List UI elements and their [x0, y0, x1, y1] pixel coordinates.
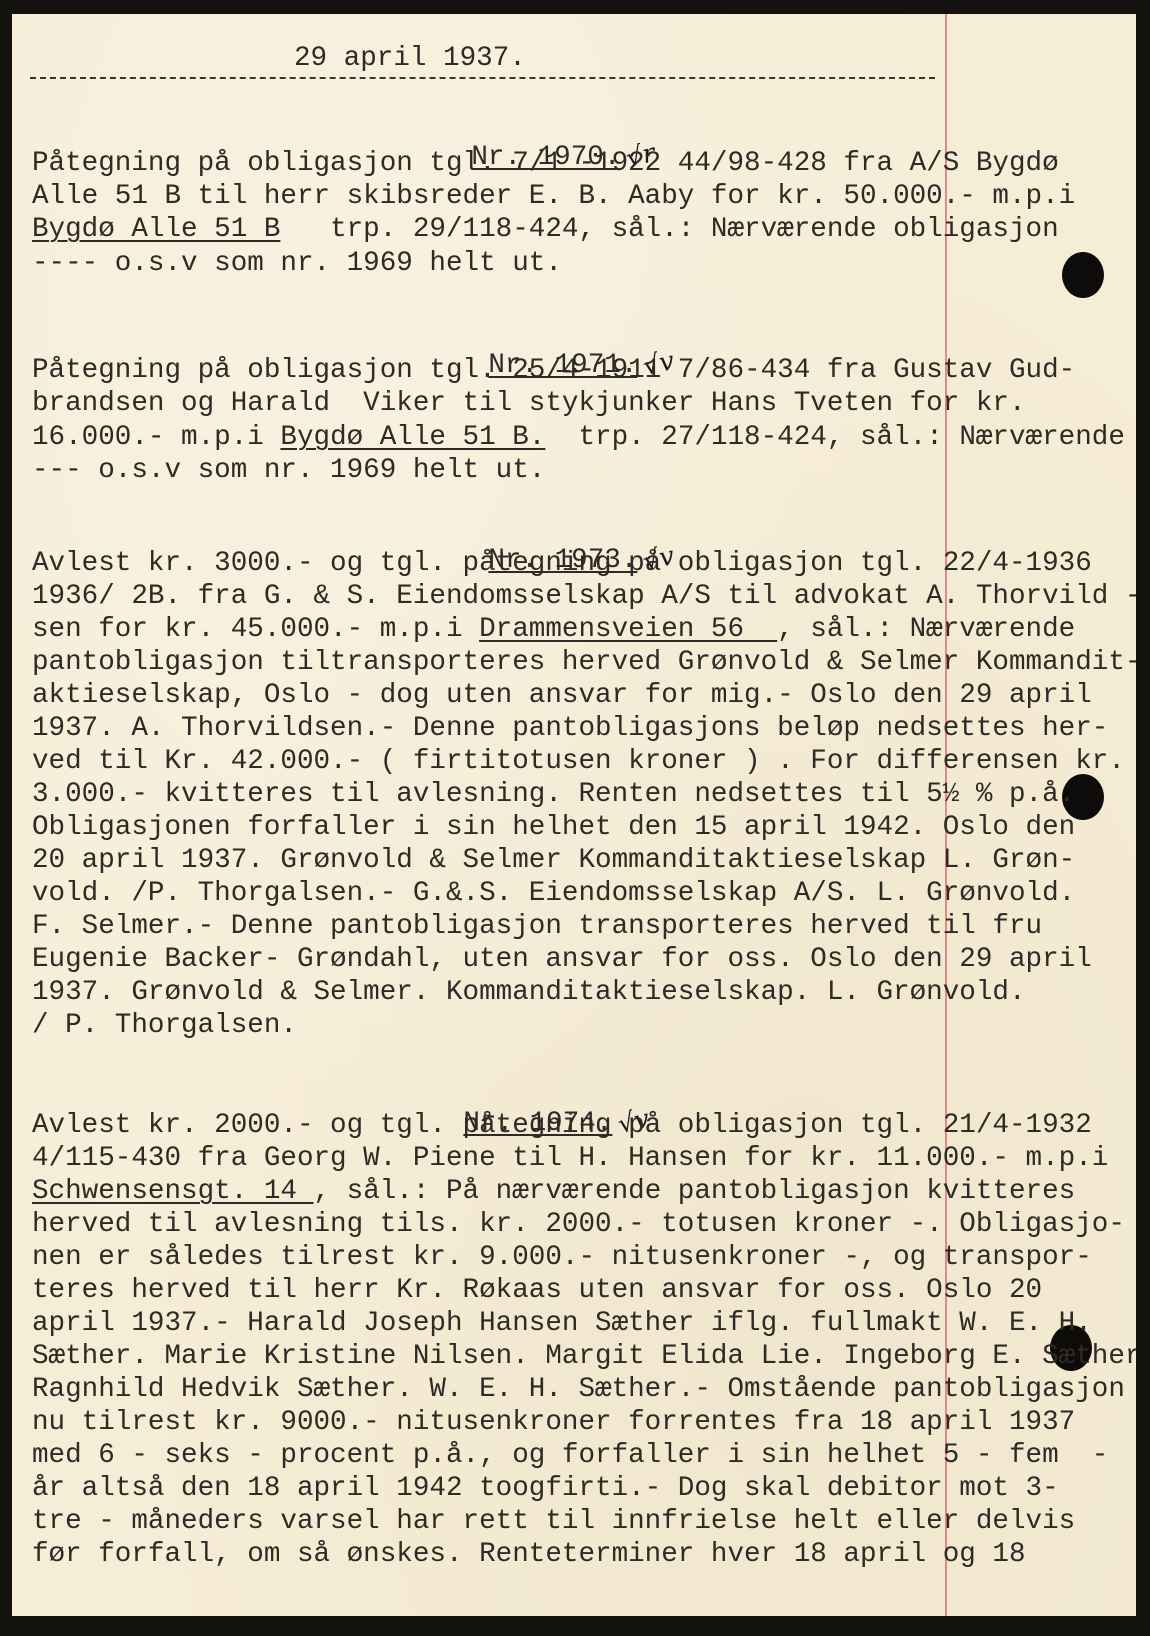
entry-1970-line: Alle 51 B til herr skibsreder E. B. Aaby…	[32, 182, 1075, 212]
entry-1973-line: aktieselskap, Oslo - dog uten ansvar for…	[32, 681, 1092, 711]
entry-1971-line: brandsen og Harald Viker til stykjunker …	[32, 389, 1026, 419]
entry-1974-line: med 6 - seks - procent p.å., og forfalle…	[32, 1441, 1108, 1471]
entry-1973-line: Obligasjonen forfaller i sin helhet den …	[32, 813, 1075, 843]
entry-1974-line: nen er således tilrest kr. 9.000.- nitus…	[32, 1243, 1092, 1273]
date-header: 29 april 1937.	[294, 44, 526, 74]
entry-1974-line: år altså den 18 april 1942 toogfirti.- D…	[32, 1474, 1059, 1504]
entry-1973-line: 3.000.- kvitteres til avlesning. Renten …	[32, 780, 1075, 810]
entry-1974-line: herved til avlesning tils. kr. 2000.- to…	[32, 1210, 1125, 1240]
typed-text: 29 april 1937. Nr. 1970.√r Påtegning på …	[12, 14, 1136, 1616]
document-page: 29 april 1937. Nr. 1970.√r Påtegning på …	[12, 14, 1136, 1616]
entry-1974-line: tre - måneders varsel har rett til innfr…	[32, 1507, 1075, 1537]
entry-1973-line: 1937. A. Thorvildsen.- Denne pantobligas…	[32, 714, 1108, 744]
entry-1974-line: Avlest kr. 2000.- og tgl. påtegning på o…	[32, 1111, 1092, 1141]
entry-1973-line: F. Selmer.- Denne pantobligasjon transpo…	[32, 912, 1042, 942]
entry-1973-line: Eugenie Backer- Grøndahl, uten ansvar fo…	[32, 945, 1092, 975]
entry-1974-line: 4/115-430 fra Georg W. Piene til H. Hans…	[32, 1144, 1108, 1174]
entry-1971-line: Påtegning på obligasjon tgl. 25/4-1911 7…	[32, 356, 1075, 386]
entry-1973-line: 1936/ 2B. fra G. & S. Eiendomsselskap A/…	[32, 582, 1136, 612]
entry-1974-line: Sæther. Marie Kristine Nilsen. Margit El…	[32, 1342, 1136, 1372]
entry-1971-line: 16.000.- m.p.i Bygdø Alle 51 B. trp. 27/…	[32, 423, 1125, 453]
entry-1973-line: sen for kr. 45.000.- m.p.i Drammensveien…	[32, 615, 1075, 645]
entry-1973-line: vold. /P. Thorgalsen.- G.&.S. Eiendomsse…	[32, 879, 1075, 909]
entry-1973-line: / P. Thorgalsen.	[32, 1011, 297, 1041]
entry-1970-line: Påtegning på obligasjon tgl. 7/1 -1922 4…	[32, 149, 1059, 179]
entry-1973-line: ved til Kr. 42.000.- ( firtitotusen kron…	[32, 747, 1125, 777]
entry-1974-line: før forfall, om så ønskes. Renteterminer…	[32, 1540, 1026, 1570]
entry-1974-line: Ragnhild Hedvik Sæther. W. E. H. Sæther.…	[32, 1375, 1125, 1405]
entry-1974-line: Schwensensgt. 14 , sål.: På nærværende p…	[32, 1177, 1075, 1207]
entry-1970-line: Bygdø Alle 51 B trp. 29/118-424, sål.: N…	[32, 215, 1059, 245]
entry-1973-line: 1937. Grønvold & Selmer. Kommanditakties…	[32, 978, 1026, 1008]
entry-1973-line: Avlest kr. 3000.- og tgl. påtegning på o…	[32, 549, 1092, 579]
entry-1974-line: nu tilrest kr. 9000.- nitusenkroner forr…	[32, 1408, 1075, 1438]
entry-1973-line: pantobligasjon tiltransporteres herved G…	[32, 648, 1136, 678]
entry-1974-line: april 1937.- Harald Joseph Hansen Sæther…	[32, 1309, 1092, 1339]
entry-1974-line: teres herved til herr Kr. Røkaas uten an…	[32, 1276, 1042, 1306]
header-dashed-rule	[30, 77, 935, 79]
entry-1971-line: --- o.s.v som nr. 1969 helt ut.	[32, 456, 545, 486]
entry-1970-line: ---- o.s.v som nr. 1969 helt ut.	[32, 249, 562, 279]
entry-1973-line: 20 april 1937. Grønvold & Selmer Kommand…	[32, 846, 1075, 876]
